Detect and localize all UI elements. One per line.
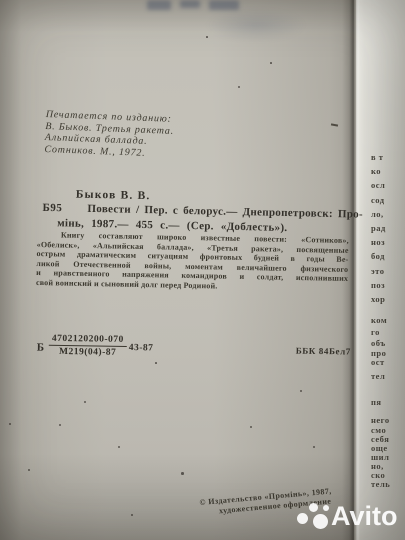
- right-page-fragment: это: [371, 267, 385, 276]
- right-page-fragment: го: [371, 328, 380, 337]
- right-page-fragment: сод: [371, 196, 385, 205]
- right-page-fragment: бод: [371, 252, 385, 261]
- right-page-text-fragments: в ткоослсодло,раднозбодэтопозхоркомгообъ…: [371, 0, 405, 540]
- catalog-numbers-block: Б 4702120200-070 М219(04)-87 43-87 ББК 8…: [0, 332, 354, 372]
- paper-speck: [300, 390, 302, 392]
- right-page-fragment: тел: [371, 372, 385, 381]
- paper-speck: [206, 36, 208, 38]
- right-page-fragment: ко: [371, 167, 381, 176]
- right-page-fragment: пя: [371, 398, 382, 407]
- right-page-fragment: ком: [371, 316, 387, 325]
- annotation-block: Книгу составляют широко известные повест…: [36, 230, 349, 294]
- paper-speck: [84, 401, 86, 403]
- right-page-fragment: него: [371, 416, 390, 425]
- paper-speck: [181, 472, 184, 475]
- paper-speck: [28, 469, 30, 471]
- right-page-fragment: тель: [371, 480, 390, 489]
- paper-speck: [250, 426, 252, 428]
- right-page-fragment: поз: [371, 281, 385, 290]
- catalog-number-suffix: 43-87: [129, 343, 154, 353]
- right-page-fragment: осл: [371, 181, 385, 190]
- showthrough-mark: [206, 8, 306, 42]
- paper-speck: [131, 514, 133, 516]
- right-page-fragment: объ: [371, 339, 386, 348]
- print-info-block: Печатается по изданию:В. Быков. Третья р…: [44, 109, 174, 160]
- book-photo: Печатается по изданию:В. Быков. Третья р…: [0, 0, 405, 540]
- author-line: Быков В. В.: [76, 189, 151, 203]
- fraction-denominator: М219(04)-87: [49, 346, 127, 358]
- paper-speck: [313, 446, 315, 448]
- catalog-number-prefix: Б: [37, 342, 44, 354]
- paper-speck: [238, 86, 240, 88]
- right-page-fragment: ноз: [371, 238, 385, 247]
- right-page-fragment: ост: [371, 358, 385, 367]
- paper-speck: [270, 62, 272, 64]
- paper-speck: [9, 423, 11, 425]
- catalog-fraction: 4702120200-070 М219(04)-87: [49, 334, 127, 358]
- paper-speck: [118, 446, 120, 448]
- right-page-fragment: рад: [371, 224, 386, 233]
- catalog-index: Б95: [42, 202, 62, 214]
- right-page-fragment: хор: [371, 295, 385, 304]
- bbk-code: ББК 84Бел7: [296, 346, 351, 357]
- paper-speck: [59, 424, 61, 426]
- right-page-fragment: в т: [371, 153, 383, 162]
- right-page-fragment: ло,: [371, 210, 384, 219]
